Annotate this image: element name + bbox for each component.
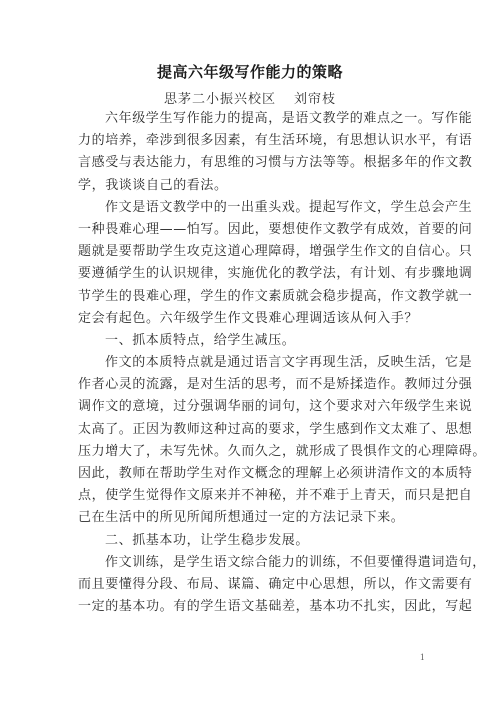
text-line: 力的培养，牵涉到很多因素，有生活环境，有思想认识水平，有语 bbox=[78, 130, 441, 152]
text-line: 作文是语文教学中的一出重头戏。提起写作文，学生总会产生 bbox=[78, 197, 441, 219]
page-number: 1 bbox=[420, 652, 425, 662]
text-line: 调作文的意境，过分强调华丽的词句，这个要求对六年级学生来说 bbox=[78, 396, 441, 418]
text-line: 点，使学生觉得作文原来并不神秘，并不难于上青天，而只是把自 bbox=[78, 485, 441, 507]
text-line: 而且要懂得分段、布局、谋篇、确定中心思想，所以，作文需要有 bbox=[78, 574, 441, 596]
text-line: 压力增大了，未写先怵。久而久之，就形成了畏惧作文的心理障碍。 bbox=[78, 441, 441, 463]
text-line: 太高了。正因为教师这种过高的要求，学生感到作文太难了、思想 bbox=[78, 419, 441, 441]
text-line: 定会有起色。六年级学生作文畏难心理调适该从何入手？ bbox=[78, 308, 441, 330]
byline-author: 刘帘枝 bbox=[294, 92, 336, 107]
text-line: 二、抓基本功，让学生稳步发展。 bbox=[78, 530, 441, 552]
text-line: 作文训练，是学生语文综合能力的训练，不但要懂得遣词造句， bbox=[78, 552, 441, 574]
text-line: 因此，教师在帮助学生对作文概念的理解上必须讲清作文的本质特 bbox=[78, 463, 441, 485]
byline-school: 思茅二小振兴校区 bbox=[164, 92, 276, 107]
byline: 思茅二小振兴校区刘帘枝 bbox=[0, 88, 500, 107]
text-line: 己在生活中的所见所闻所想通过一定的方法记录下来。 bbox=[78, 507, 441, 529]
text-line: 言感受与表达能力，有思维的习惯与方法等等。根据多年的作文教 bbox=[78, 152, 441, 174]
text-line: 作者心灵的流露，是对生活的思考，而不是矫揉造作。教师过分强 bbox=[78, 374, 441, 396]
text-line: 节学生的畏难心理，学生的作文素质就会稳步提高，作文教学就一 bbox=[78, 286, 441, 308]
document-body: 六年级学生写作能力的提高，是语文教学的难点之一。写作能力的培养，牵涉到很多因素，… bbox=[78, 108, 441, 618]
text-line: 六年级学生写作能力的提高，是语文教学的难点之一。写作能 bbox=[78, 108, 441, 130]
text-line: 一、抓本质特点，给学生减压。 bbox=[78, 330, 441, 352]
text-line: 作文的本质特点就是通过语言文字再现生活，反映生活，它是 bbox=[78, 352, 441, 374]
text-line: 要遵循学生的认识规律，实施优化的教学法，有计划、有步骤地调 bbox=[78, 263, 441, 285]
text-line: 学，我谈谈自己的看法。 bbox=[78, 175, 441, 197]
text-line: 一种畏难心理——怕写。因此，要想使作文教学有成效，首要的问 bbox=[78, 219, 441, 241]
document-title: 提高六年级写作能力的策略 bbox=[0, 61, 500, 82]
text-line: 一定的基本功。有的学生语文基础差，基本功不扎实，因此，写起 bbox=[78, 596, 441, 618]
text-line: 题就是要帮助学生攻克这道心理障碍，增强学生作文的自信心。只 bbox=[78, 241, 441, 263]
